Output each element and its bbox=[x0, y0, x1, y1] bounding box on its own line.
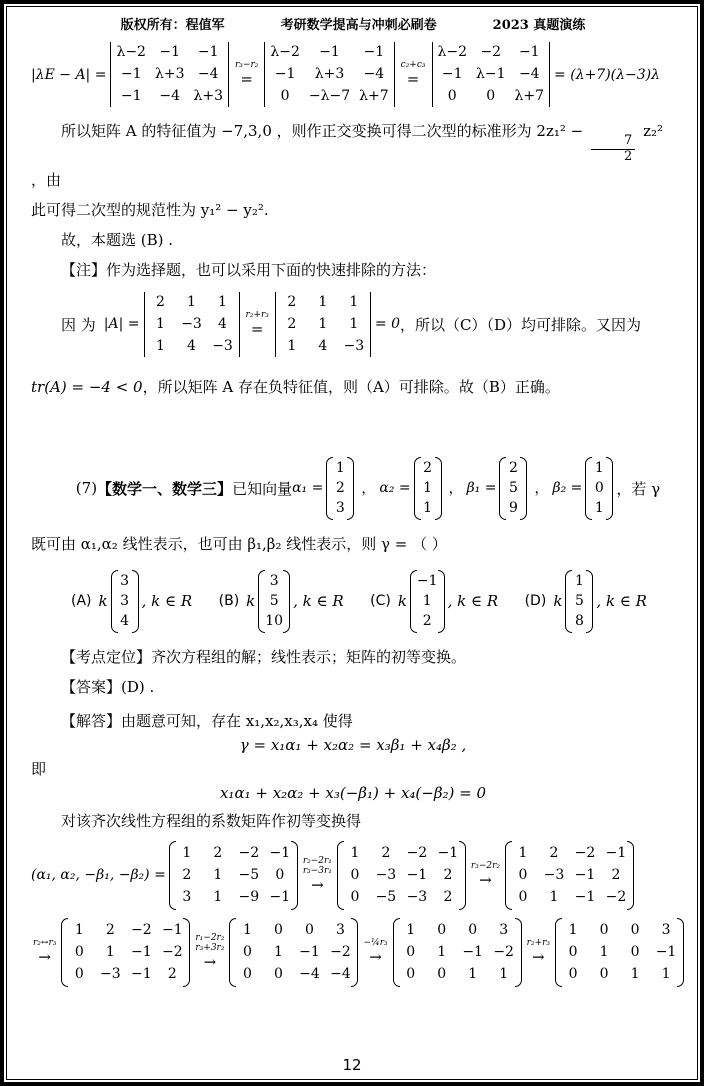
document-page: 版权所有：程值军 考研数学提高与冲刺必刷卷 2023 真题演练 |λE − A|… bbox=[0, 0, 704, 1086]
eq-characteristic-determinant: |λE − A| = λ−2−1−1−1λ+3−4−1−4λ+3 r₃−r₂ =… bbox=[31, 39, 675, 110]
matrix-5: 100301−1−200−4−4 bbox=[229, 917, 358, 988]
options-row: (A) k 334 , k ∈ R (B) k 3510 , k ∈ R (C)… bbox=[31, 569, 675, 634]
coefficient-matrix-lhs: (α₁, α₂, −β₁, −β₂) = bbox=[31, 867, 166, 883]
determinant-3: λ−2−2−1−1λ−1−400λ+7 bbox=[431, 39, 552, 110]
eq2-conclusion-text: ，所以（C）（D）均可排除。又因为 bbox=[400, 314, 641, 335]
matrix-4: 12−2−101−1−20−3−12 bbox=[61, 917, 190, 988]
row-op-label-r2-plus-r3: r₂+r₃ = bbox=[246, 311, 269, 337]
determinant-A: 2111−3414−3 bbox=[143, 289, 241, 360]
determinant-A-transformed: 21121114−3 bbox=[274, 289, 372, 360]
determinant-1: λ−2−1−1−1λ+3−4−1−4λ+3 bbox=[109, 39, 230, 110]
option-D: (D) k 158 , k ∈ R bbox=[525, 569, 647, 634]
solution-paragraph-line2: 此可得二次型的规范性为 y₁² − y₂². bbox=[31, 195, 675, 225]
eq1-result: = (λ+7)(λ−3)λ bbox=[554, 67, 660, 83]
header-copyright: 版权所有：程值军 bbox=[121, 14, 225, 33]
fraction-seven-halves: 7 2 bbox=[591, 134, 635, 165]
option-D-vector: 158 bbox=[565, 569, 593, 634]
matrix-6: 100301−1−20011 bbox=[393, 917, 522, 988]
vector-alpha1: 123 bbox=[326, 456, 354, 521]
vector-beta1: 259 bbox=[499, 456, 527, 521]
page-number: 12 bbox=[7, 1056, 697, 1074]
option-B: (B) k 3510 , k ∈ R bbox=[219, 569, 344, 634]
trace-math: tr(A) = −4 < 0 bbox=[31, 378, 143, 396]
header-edition: 2023 真题演练 bbox=[493, 14, 586, 33]
vector-beta2: 101 bbox=[585, 456, 613, 521]
option-A: (A) k 334 , k ∈ R bbox=[71, 569, 192, 634]
matrix-2: 12−2−10−3−120−5−32 bbox=[337, 840, 466, 911]
page-header: 版权所有：程值军 考研数学提高与冲刺必刷卷 2023 真题演练 bbox=[31, 11, 675, 33]
solution-intro-line: 【解答】由题意可知，存在 x₁,x₂,x₃,x₄ 使得 bbox=[31, 706, 675, 736]
matrix-elimination-row1: (α₁, α₂, −β₁, −β₂) = 12−2−121−5031−9−1 r… bbox=[31, 840, 675, 911]
question-7-line2: 既可由 α₁,α₂ 线性表示，也可由 β₁,β₂ 线性表示，则 γ = （ ） bbox=[31, 529, 675, 559]
vector-beta1-label: β₁ = bbox=[467, 480, 497, 496]
eq2-lhs: |A| = bbox=[104, 316, 140, 332]
row-op-swap-r2-r3: r₂↔r₃ → bbox=[33, 939, 56, 965]
question-subject-tag: 【数学一、数学三】 bbox=[97, 478, 232, 499]
answer-choice-line: 故，本题选 (B) . bbox=[31, 225, 675, 255]
question-number: (7) bbox=[76, 479, 97, 497]
row-op-label-r3-r2: r₃−r₂ = bbox=[235, 61, 258, 87]
row-op-r2-plus-r3-2: r₂+r₃ → bbox=[527, 939, 550, 965]
exam-point-line: 【考点定位】齐次方程组的解；线性表示；矩阵的初等变换。 bbox=[31, 642, 675, 672]
option-B-vector: 3510 bbox=[258, 569, 290, 634]
eq2-result: = 0 bbox=[375, 316, 400, 332]
matrix-7: 1003010−10011 bbox=[555, 917, 684, 988]
trace-line: tr(A) = −4 < 0，所以矩阵 A 存在负特征值，则（A）可排除。故（B… bbox=[31, 372, 675, 402]
header-book-title: 考研数学提高与冲刺必刷卷 bbox=[281, 14, 437, 33]
eq1-lhs: |λE − A| = bbox=[31, 67, 106, 83]
matrix-3: 12−2−10−3−1201−1−2 bbox=[505, 840, 634, 911]
vector-alpha1-label: α₁ = bbox=[292, 480, 323, 496]
question-7: (7) 【数学一、数学三】 已知向量 α₁ = 123 ， α₂ = 211 ，… bbox=[31, 456, 675, 521]
vector-beta2-label: β₂ = bbox=[552, 480, 582, 496]
option-C: (C) k −112 , k ∈ R bbox=[370, 569, 498, 634]
col-op-label-c2-c3: c₂+c₃ = bbox=[401, 61, 426, 87]
eq-detA-elimination: 因 为 |A| = 2111−3414−3 r₂+r₃ = 21121114−3… bbox=[31, 289, 675, 360]
vector-alpha2: 211 bbox=[414, 456, 442, 521]
eq-homogeneous-system: x₁α₁ + x₂α₂ + x₃(−β₁) + x₄(−β₂) = 0 bbox=[31, 784, 675, 802]
namely-label: 即 bbox=[31, 754, 675, 784]
elementary-transform-intro: 对该齐次线性方程组的系数矩阵作初等变换得 bbox=[31, 806, 675, 836]
eq2-prefix: 因 为 bbox=[61, 314, 96, 335]
determinant-2: λ−2−1−1−1λ+3−40−λ−7λ+7 bbox=[263, 39, 395, 110]
page-inner-border: 版权所有：程值军 考研数学提高与冲刺必刷卷 2023 真题演练 |λE − A|… bbox=[6, 6, 698, 1080]
question-tail: ，若 γ bbox=[616, 478, 660, 499]
eq-gamma-combination: γ = x₁α₁ + x₂α₂ = x₃β₁ + x₄β₂ , bbox=[31, 736, 675, 754]
row-op-r3-2r2: r₃−2r₂ → bbox=[471, 862, 500, 888]
note-line: 【注】作为选择题，也可以采用下面的快速排除的方法： bbox=[31, 255, 675, 285]
answer-line: 【答案】(D) . bbox=[31, 672, 675, 702]
trace-text: ，所以矩阵 A 存在负特征值，则（A）可排除。故（B）正确。 bbox=[143, 378, 560, 396]
row-op-r1-2r2-r3-3r2: r₁−2r₂ r₃+3r₂ → bbox=[195, 934, 224, 970]
option-A-vector: 334 bbox=[111, 569, 139, 634]
row-op-r2-2r1-r3-3r1: r₂−2r₁ r₃−3r₁ → bbox=[303, 857, 332, 893]
solution-paragraph-line1: 所以矩阵 A 的特征值为 −7,3,0 ，则作正交变换可得二次型的标准形为 2z… bbox=[31, 116, 675, 195]
row-op-quarter-r3: −¼r₃ → bbox=[363, 939, 387, 965]
question-lead: 已知向量 bbox=[232, 478, 292, 499]
vector-alpha2-label: α₂ = bbox=[379, 480, 410, 496]
matrix-1: 12−2−121−5031−9−1 bbox=[169, 840, 298, 911]
matrix-elimination-row2: r₂↔r₃ → 12−2−101−1−20−3−12 r₁−2r₂ r₃+3r₂… bbox=[31, 917, 675, 988]
option-C-vector: −112 bbox=[410, 569, 445, 634]
